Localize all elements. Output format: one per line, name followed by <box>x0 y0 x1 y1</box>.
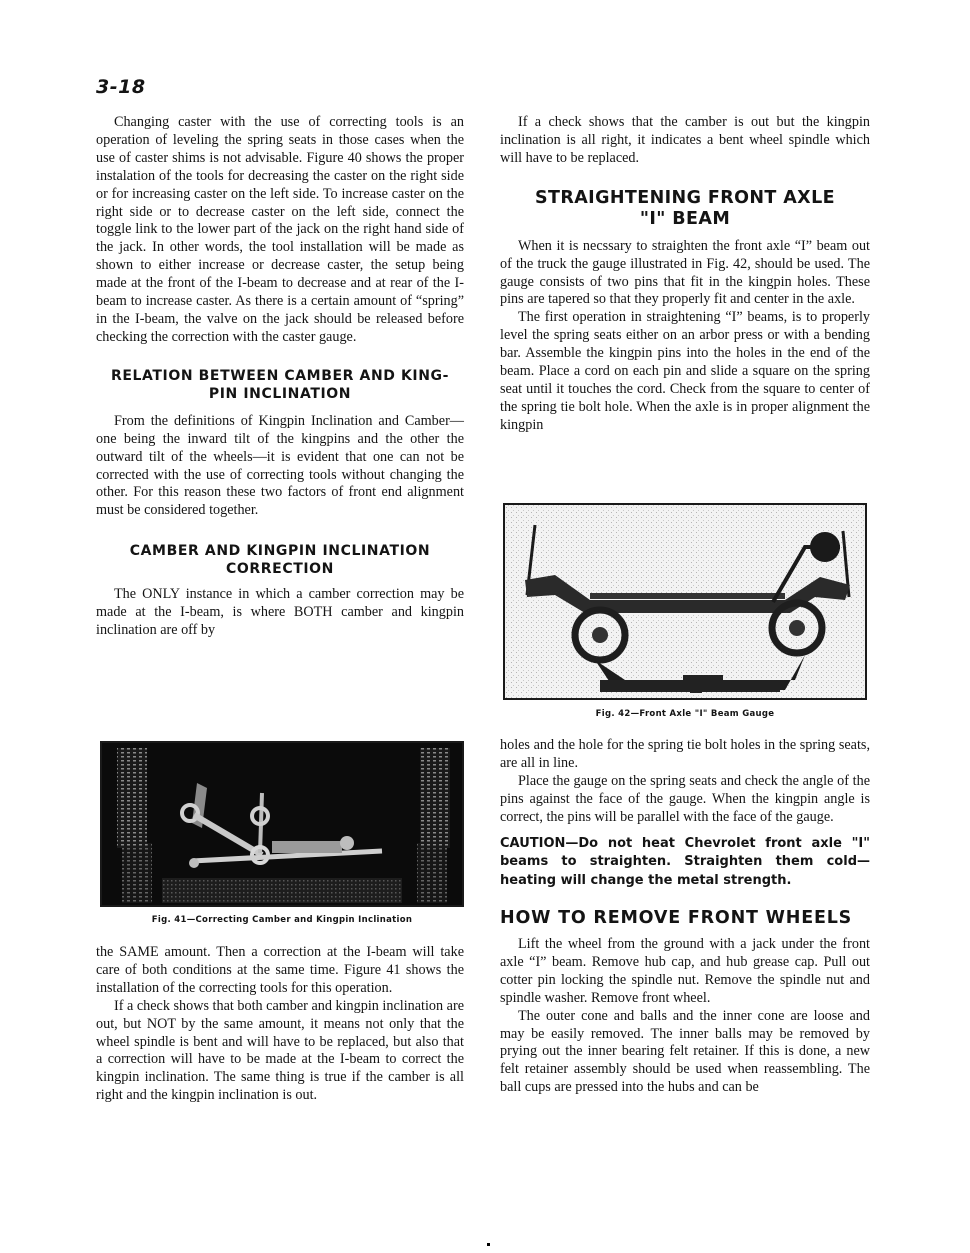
figure-42-caption: Fig. 42—Front Axle "I" Beam Gauge <box>503 709 867 719</box>
section-heading-straightening-axle: STRAIGHTENING FRONT AXLE "I" BEAM <box>500 188 870 230</box>
figure-41-photo <box>100 741 464 907</box>
axle-beam-gauge-illustration <box>505 505 865 698</box>
relation-paragraph: From the definitions of Kingpin Inclinat… <box>96 413 464 520</box>
section-heading-camber-kingpin-correction: CAMBER AND KINGPIN INCLINATION CORRECTIO… <box>96 542 464 578</box>
same-amount-paragraph: the SAME amount. Then a correction at th… <box>96 944 464 998</box>
page-number: 3-18 <box>96 76 146 98</box>
right-column-top: If a check shows that the camber is out … <box>500 114 870 435</box>
caution-note: CAUTION—Do not heat Chevrolet front axle… <box>500 835 870 891</box>
first-operation-paragraph: The first operation in straightening “I”… <box>500 309 870 434</box>
section-heading-remove-front-wheels: HOW TO REMOVE FRONT WHEELS <box>500 908 870 929</box>
outer-cone-paragraph: The outer cone and balls and the inner c… <box>500 1008 870 1098</box>
figure-41-caption: Fig. 41—Correcting Camber and Kingpin In… <box>100 915 464 925</box>
both-out-paragraph: If a check shows that both camber and ki… <box>96 998 464 1105</box>
section-heading-camber-kingpin-relation: RELATION BETWEEN CAMBER AND KING- PIN IN… <box>96 367 464 403</box>
left-column-bottom: the SAME amount. Then a correction at th… <box>96 944 464 1105</box>
gauge-paragraph: When it is necssary to straighten the fr… <box>500 238 870 310</box>
caster-paragraph: Changing caster with the use of correcti… <box>96 114 464 347</box>
correcting-tools-illustration <box>102 743 462 905</box>
lift-wheel-paragraph: Lift the wheel from the ground with a ja… <box>500 936 870 1008</box>
only-instance-paragraph: The ONLY instance in which a camber cor­… <box>96 586 464 640</box>
left-column-top: Changing caster with the use of correcti… <box>96 114 464 640</box>
place-gauge-paragraph: Place the gauge on the spring seats and … <box>500 773 870 827</box>
right-column-bottom: holes and the hole for the spring tie bo… <box>500 737 870 1097</box>
holes-in-line-paragraph: holes and the hole for the spring tie bo… <box>500 737 870 773</box>
bent-spindle-paragraph: If a check shows that the camber is out … <box>500 114 870 168</box>
figure-42-photo <box>503 503 867 700</box>
page-speck <box>487 1243 490 1246</box>
